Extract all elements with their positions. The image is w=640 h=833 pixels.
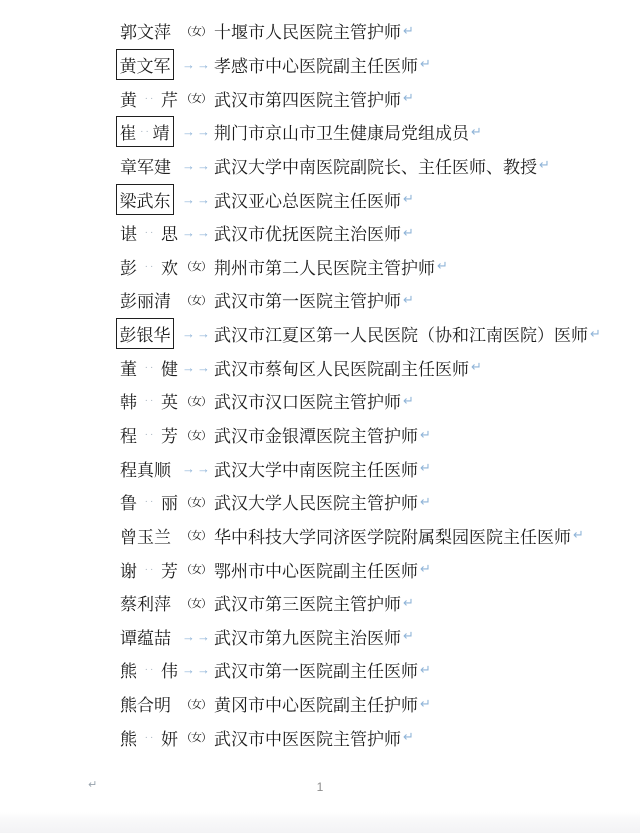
person-name-text: 熊 ·· 伟	[120, 657, 178, 682]
person-name-text: 曾玉兰	[120, 523, 178, 548]
list-item: 郭文萍 （女） 十堰市人民医院主管护师 ↵	[120, 14, 640, 48]
paragraph-mark-icon: ↵	[420, 561, 431, 577]
page-bottom-edge	[0, 812, 640, 833]
list-item: 熊合明 （女） 黄冈市中心医院副主任护师 ↵	[120, 687, 640, 721]
tab-format-mark: → →	[180, 159, 212, 172]
affiliation-text: 武汉亚心总医院主任医师	[214, 187, 401, 212]
name-separator: （女）	[180, 23, 212, 39]
list-item: 董 ·· 健 → → 武汉市蔡甸区人民医院副主任医师 ↵	[120, 350, 640, 384]
list-item: 熊 ·· 妍 （女） 武汉市中医医院主管护师 ↵	[120, 720, 640, 754]
list-item: 蔡利萍 （女） 武汉市第三医院主管护师 ↵	[120, 586, 640, 620]
person-name-text: 章军建	[120, 153, 178, 178]
paragraph-mark-icon: ↵	[403, 292, 414, 308]
name-part: 靖	[152, 119, 169, 144]
name-part: 欢	[161, 254, 178, 279]
paragraph-mark-icon: ↵	[420, 460, 431, 476]
person-name: 程真顺	[120, 456, 178, 481]
paragraph-mark-icon: ↵	[420, 662, 431, 678]
person-name-text: 梁武东	[116, 184, 174, 215]
person-name: 崔 ·· 靖	[120, 120, 178, 144]
gender-marker: （女）	[180, 729, 212, 745]
tab-arrow-icon: →	[182, 58, 195, 71]
name-separator: → →	[180, 226, 212, 239]
affiliation-text: 十堰市人民医院主管护师	[214, 18, 401, 43]
space-format-mark: ··	[143, 362, 156, 373]
person-name-text: 董 ·· 健	[120, 355, 178, 380]
space-format-mark: ··	[138, 126, 151, 137]
page-number: 1	[0, 780, 640, 794]
person-name: 谭蕴喆	[120, 624, 178, 649]
gender-marker: （女）	[180, 427, 212, 443]
person-name-text: 彭丽清	[120, 287, 178, 312]
name-separator: （女）	[180, 427, 212, 443]
paragraph-mark-icon: ↵	[590, 326, 601, 342]
name-part: 思	[161, 220, 178, 245]
person-name-text: 彭银华	[116, 318, 174, 349]
name-separator: → →	[180, 361, 212, 374]
space-format-mark: ··	[143, 496, 156, 507]
affiliation-text: 武汉市第一医院副主任医师	[214, 657, 418, 682]
name-part: 熊	[120, 657, 137, 682]
paragraph-mark-icon: ↵	[420, 494, 431, 510]
name-part: 董	[120, 355, 137, 380]
affiliation-text: 武汉市第三医院主管护师	[214, 590, 401, 615]
name-separator: （女）	[180, 90, 212, 106]
list-item: 彭银华 → → 武汉市江夏区第一人民医院（协和江南医院）医师 ↵	[120, 317, 640, 351]
tab-format-mark: → →	[180, 125, 212, 138]
name-separator: → →	[180, 327, 212, 340]
name-part: 梁武东	[120, 187, 171, 212]
tab-arrow-icon: →	[197, 58, 210, 71]
person-name: 董 ·· 健	[120, 355, 178, 380]
list-item: 曾玉兰 （女） 华中科技大学同济医学院附属梨园医院主任医师 ↵	[120, 519, 640, 553]
tab-format-mark: → →	[180, 327, 212, 340]
name-part: 谢	[120, 557, 137, 582]
name-part: 芳	[161, 422, 178, 447]
tab-arrow-icon: →	[182, 226, 195, 239]
tab-arrow-icon: →	[197, 630, 210, 643]
paragraph-mark-icon: ↵	[471, 359, 482, 375]
name-separator: → →	[180, 193, 212, 206]
person-name: 谌 ·· 思	[120, 220, 178, 245]
person-name: 彭丽清	[120, 287, 178, 312]
affiliation-text: 黄冈市中心医院副主任护师	[214, 691, 418, 716]
tab-arrow-icon: →	[197, 327, 210, 340]
name-part: 丽	[161, 489, 178, 514]
person-name-text: 谢 ·· 芳	[120, 557, 178, 582]
name-separator: → →	[180, 159, 212, 172]
paragraph-mark-icon: ↵	[403, 393, 414, 409]
person-name-text: 熊合明	[120, 691, 178, 716]
paragraph-mark-icon: ↵	[403, 23, 414, 39]
paragraph-mark-icon: ↵	[437, 258, 448, 274]
name-part: 彭丽清	[120, 287, 171, 312]
name-separator: （女）	[180, 595, 212, 611]
tab-arrow-icon: →	[197, 125, 210, 138]
list-item: 程真顺 → → 武汉大学中南医院主任医师 ↵	[120, 451, 640, 485]
gender-marker: （女）	[180, 494, 212, 510]
name-part: 熊合明	[120, 691, 171, 716]
tab-format-mark: → →	[180, 663, 212, 676]
tab-arrow-icon: →	[197, 193, 210, 206]
name-separator: → →	[180, 663, 212, 676]
affiliation-text: 武汉市第一医院主管护师	[214, 287, 401, 312]
paragraph-mark-icon: ↵	[403, 191, 414, 207]
list-item: 谌 ·· 思 → → 武汉市优抚医院主治医师 ↵	[120, 216, 640, 250]
name-part: 伟	[161, 657, 178, 682]
space-format-mark: ··	[143, 227, 156, 238]
person-name: 梁武东	[120, 187, 178, 211]
name-separator: （女）	[180, 561, 212, 577]
name-part: 妍	[161, 725, 178, 750]
gender-marker: （女）	[180, 595, 212, 611]
person-name-text: 黄文军	[116, 49, 174, 80]
space-format-mark: ··	[143, 261, 156, 272]
list-item: 黄 ·· 芹 （女） 武汉市第四医院主管护师 ↵	[120, 81, 640, 115]
name-separator: → →	[180, 125, 212, 138]
affiliation-text: 武汉大学中南医院副院长、主任医师、教授	[214, 153, 537, 178]
tab-format-mark: → →	[180, 462, 212, 475]
name-part: 英	[161, 388, 178, 413]
tab-arrow-icon: →	[197, 361, 210, 374]
document-page: 郭文萍 （女） 十堰市人民医院主管护师 ↵ 黄文军	[0, 0, 640, 833]
person-name: 黄 ·· 芹	[120, 86, 178, 111]
name-part: 郭文萍	[120, 18, 171, 43]
name-part: 崔	[120, 119, 137, 144]
affiliation-text: 武汉市优抚医院主治医师	[214, 220, 401, 245]
gender-marker: （女）	[180, 90, 212, 106]
paragraph-mark-icon: ↵	[420, 427, 431, 443]
affiliation-text: 武汉市金银潭医院主管护师	[214, 422, 418, 447]
paragraph-mark-icon: ↵	[403, 729, 414, 745]
person-name: 彭 ·· 欢	[120, 254, 178, 279]
person-name-text: 郭文萍	[120, 18, 178, 43]
person-name-text: 程 ·· 芳	[120, 422, 178, 447]
affiliation-text: 武汉市第四医院主管护师	[214, 86, 401, 111]
name-separator: （女）	[180, 494, 212, 510]
person-name: 程 ·· 芳	[120, 422, 178, 447]
name-part: 鲁	[120, 489, 137, 514]
affiliation-text: 武汉市江夏区第一人民医院（协和江南医院）医师	[214, 321, 588, 346]
name-separator: （女）	[180, 527, 212, 543]
list-item: 彭丽清 （女） 武汉市第一医院主管护师 ↵	[120, 283, 640, 317]
person-name: 郭文萍	[120, 18, 178, 43]
paragraph-mark-icon: ↵	[420, 56, 431, 72]
name-part: 健	[161, 355, 178, 380]
name-separator: （女）	[180, 292, 212, 308]
name-part: 程真顺	[120, 456, 171, 481]
space-format-mark: ··	[143, 93, 156, 104]
person-name: 熊合明	[120, 691, 178, 716]
space-format-mark: ··	[143, 564, 156, 575]
tab-arrow-icon: →	[182, 630, 195, 643]
affiliation-text: 荆门市京山市卫生健康局党组成员	[214, 119, 469, 144]
list-item: 熊 ·· 伟 → → 武汉市第一医院副主任医师 ↵	[120, 653, 640, 687]
paragraph-mark-icon: ↵	[471, 124, 482, 140]
affiliation-text: 荆州市第二人民医院主管护师	[214, 254, 435, 279]
name-part: 程	[120, 422, 137, 447]
affiliation-text: 武汉市第九医院主治医师	[214, 624, 401, 649]
person-name: 章军建	[120, 153, 178, 178]
tab-arrow-icon: →	[182, 193, 195, 206]
paragraph-mark-icon: ↵	[403, 628, 414, 644]
person-name-text: 彭 ·· 欢	[120, 254, 178, 279]
paragraph-mark-icon: ↵	[403, 595, 414, 611]
name-part: 章军建	[120, 153, 171, 178]
person-name-text: 蔡利萍	[120, 590, 178, 615]
tab-arrow-icon: →	[197, 159, 210, 172]
name-part: 彭	[120, 254, 137, 279]
name-part: 黄	[120, 86, 137, 111]
tab-arrow-icon: →	[182, 663, 195, 676]
space-format-mark: ··	[143, 395, 156, 406]
list-item: 崔 ·· 靖 → → 荆门市京山市卫生健康局党组成员 ↵	[120, 115, 640, 149]
affiliation-text: 武汉大学中南医院主任医师	[214, 456, 418, 481]
person-name: 韩 ·· 英	[120, 388, 178, 413]
person-name-text: 谌 ·· 思	[120, 220, 178, 245]
paragraph-mark-icon: ↵	[573, 527, 584, 543]
name-part: 韩	[120, 388, 137, 413]
list-item: 章军建 → → 武汉大学中南医院副院长、主任医师、教授 ↵	[120, 149, 640, 183]
paragraph-mark-icon: ↵	[539, 157, 550, 173]
list-item: 彭 ·· 欢 （女） 荆州市第二人民医院主管护师 ↵	[120, 249, 640, 283]
person-name-text: 谭蕴喆	[120, 624, 178, 649]
person-name-text: 韩 ·· 英	[120, 388, 178, 413]
name-part: 彭银华	[120, 321, 171, 346]
space-format-mark: ··	[143, 732, 156, 743]
name-separator: → →	[180, 462, 212, 475]
person-name: 鲁 ·· 丽	[120, 489, 178, 514]
list-item: 黄文军 → → 孝感市中心医院副主任医师 ↵	[120, 48, 640, 82]
paragraph-mark-icon: ↵	[403, 225, 414, 241]
name-part: 芹	[161, 86, 178, 111]
gender-marker: （女）	[180, 393, 212, 409]
person-name-text: 程真顺	[120, 456, 178, 481]
affiliation-text: 孝感市中心医院副主任医师	[214, 52, 418, 77]
name-separator: → →	[180, 630, 212, 643]
list-item: 程 ·· 芳 （女） 武汉市金银潭医院主管护师 ↵	[120, 418, 640, 452]
name-separator: （女）	[180, 729, 212, 745]
gender-marker: （女）	[180, 258, 212, 274]
list-item: 谢 ·· 芳 （女） 鄂州市中心医院副主任医师 ↵	[120, 552, 640, 586]
list-item: 谭蕴喆 → → 武汉市第九医院主治医师 ↵	[120, 620, 640, 654]
gender-marker: （女）	[180, 696, 212, 712]
name-part: 曾玉兰	[120, 523, 171, 548]
affiliation-text: 武汉大学人民医院主管护师	[214, 489, 418, 514]
tab-format-mark: → →	[180, 226, 212, 239]
person-name: 熊 ·· 伟	[120, 657, 178, 682]
person-name: 熊 ·· 妍	[120, 725, 178, 750]
name-part: 黄文军	[120, 52, 171, 77]
name-list: 郭文萍 （女） 十堰市人民医院主管护师 ↵ 黄文军	[120, 14, 640, 754]
affiliation-text: 华中科技大学同济医学院附属梨园医院主任医师	[214, 523, 571, 548]
person-name-text: 鲁 ·· 丽	[120, 489, 178, 514]
tab-format-mark: → →	[180, 361, 212, 374]
name-separator: → →	[180, 58, 212, 71]
tab-arrow-icon: →	[182, 327, 195, 340]
space-format-mark: ··	[143, 664, 156, 675]
space-format-mark: ··	[143, 429, 156, 440]
tab-arrow-icon: →	[197, 663, 210, 676]
tab-arrow-icon: →	[197, 462, 210, 475]
person-name-text: 黄 ·· 芹	[120, 86, 178, 111]
list-item: 梁武东 → → 武汉亚心总医院主任医师 ↵	[120, 182, 640, 216]
affiliation-text: 武汉市汉口医院主管护师	[214, 388, 401, 413]
name-part: 熊	[120, 725, 137, 750]
tab-arrow-icon: →	[182, 125, 195, 138]
person-name: 曾玉兰	[120, 523, 178, 548]
gender-marker: （女）	[180, 561, 212, 577]
tab-format-mark: → →	[180, 630, 212, 643]
person-name: 彭银华	[120, 322, 178, 346]
list-item: 韩 ·· 英 （女） 武汉市汉口医院主管护师 ↵	[120, 384, 640, 418]
name-part: 谌	[120, 220, 137, 245]
tab-format-mark: → →	[180, 58, 212, 71]
person-name: 黄文军	[120, 52, 178, 76]
affiliation-text: 武汉市蔡甸区人民医院副主任医师	[214, 355, 469, 380]
tab-arrow-icon: →	[182, 361, 195, 374]
name-separator: （女）	[180, 696, 212, 712]
name-separator: （女）	[180, 258, 212, 274]
person-name: 蔡利萍	[120, 590, 178, 615]
paragraph-mark-icon: ↵	[420, 696, 431, 712]
gender-marker: （女）	[180, 292, 212, 308]
name-separator: （女）	[180, 393, 212, 409]
tab-format-mark: → →	[180, 193, 212, 206]
paragraph-mark-icon: ↵	[403, 90, 414, 106]
tab-arrow-icon: →	[182, 159, 195, 172]
name-part: 芳	[161, 557, 178, 582]
gender-marker: （女）	[180, 23, 212, 39]
list-item: 鲁 ·· 丽 （女） 武汉大学人民医院主管护师 ↵	[120, 485, 640, 519]
person-name-text: 崔 ·· 靖	[116, 116, 174, 147]
gender-marker: （女）	[180, 527, 212, 543]
person-name-text: 熊 ·· 妍	[120, 725, 178, 750]
tab-arrow-icon: →	[182, 462, 195, 475]
tab-arrow-icon: →	[197, 226, 210, 239]
person-name: 谢 ·· 芳	[120, 557, 178, 582]
affiliation-text: 鄂州市中心医院副主任医师	[214, 557, 418, 582]
name-part: 蔡利萍	[120, 590, 171, 615]
affiliation-text: 武汉市中医医院主管护师	[214, 725, 401, 750]
name-part: 谭蕴喆	[120, 624, 171, 649]
